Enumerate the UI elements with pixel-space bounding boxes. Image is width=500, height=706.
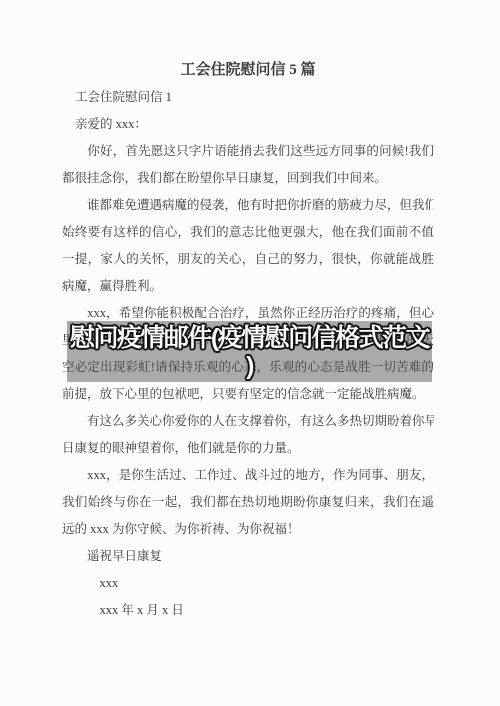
text-line: 一提，家人的关怀，朋友的关心，自己的努力，很快，你就能战胜 [62,246,434,273]
text-line: xxx 年 x 月 x 日 [62,597,434,624]
text-line: 遥祝早日康复 [62,543,434,570]
text-line: 前提，放下心里的包袱吧，只要有坚定的信念就一定能战胜病魔。 [62,381,434,408]
text-line: 谁都难免遭遇病魔的侵袭，他有时把你折磨的筋疲力尽，但我们 [62,192,434,219]
text-line: 我们始终与你在一起，我们都在热切地期盼你康复归来，我们在遥 [62,489,434,516]
document-page: 工会住院慰问信 5 篇工会住院慰问信 1亲爱的 xxx： 你好，首先愿这只字片语… [0,0,500,706]
text-line: 病魔，赢得胜利。 [62,273,434,300]
text-line: 都很挂念你，我们都在盼望你早日康复，回到我们中间来。 [62,165,434,192]
overlay-title-banner: 慰问疫情邮件(疫情慰问信格式范文 ) [67,321,432,382]
overlay-title-line-2: ) [246,352,253,380]
text-line: 有这么多关心你爱你的人在支撑着你，有这么多热切期盼着你早 [62,408,434,435]
text-line: 远的 xxx 为你守候、为你祈祷、为你祝福！ [62,516,434,543]
text-line: 你好，首先愿这只字片语能捎去我们这些远方同事的问候!我们 [62,138,434,165]
text-line: xxx，是你生活过、工作过、战斗过的地方，作为同事、朋友， [62,462,434,489]
document-title: 工会住院慰问信 5 篇 [62,57,434,84]
text-line: xxx [62,570,434,597]
text-line: 始终要有这样的信心，我们的意志比他更强大，他在我们面前不值 [62,219,434,246]
text-line: 日康复的眼神望着你，他们就是你的力量。 [62,435,434,462]
overlay-title-line-1: 慰问疫情邮件(疫情慰问信格式范文 [70,324,429,352]
text-line: 工会住院慰问信 1 [62,84,434,111]
text-line: 亲爱的 xxx： [62,111,434,138]
